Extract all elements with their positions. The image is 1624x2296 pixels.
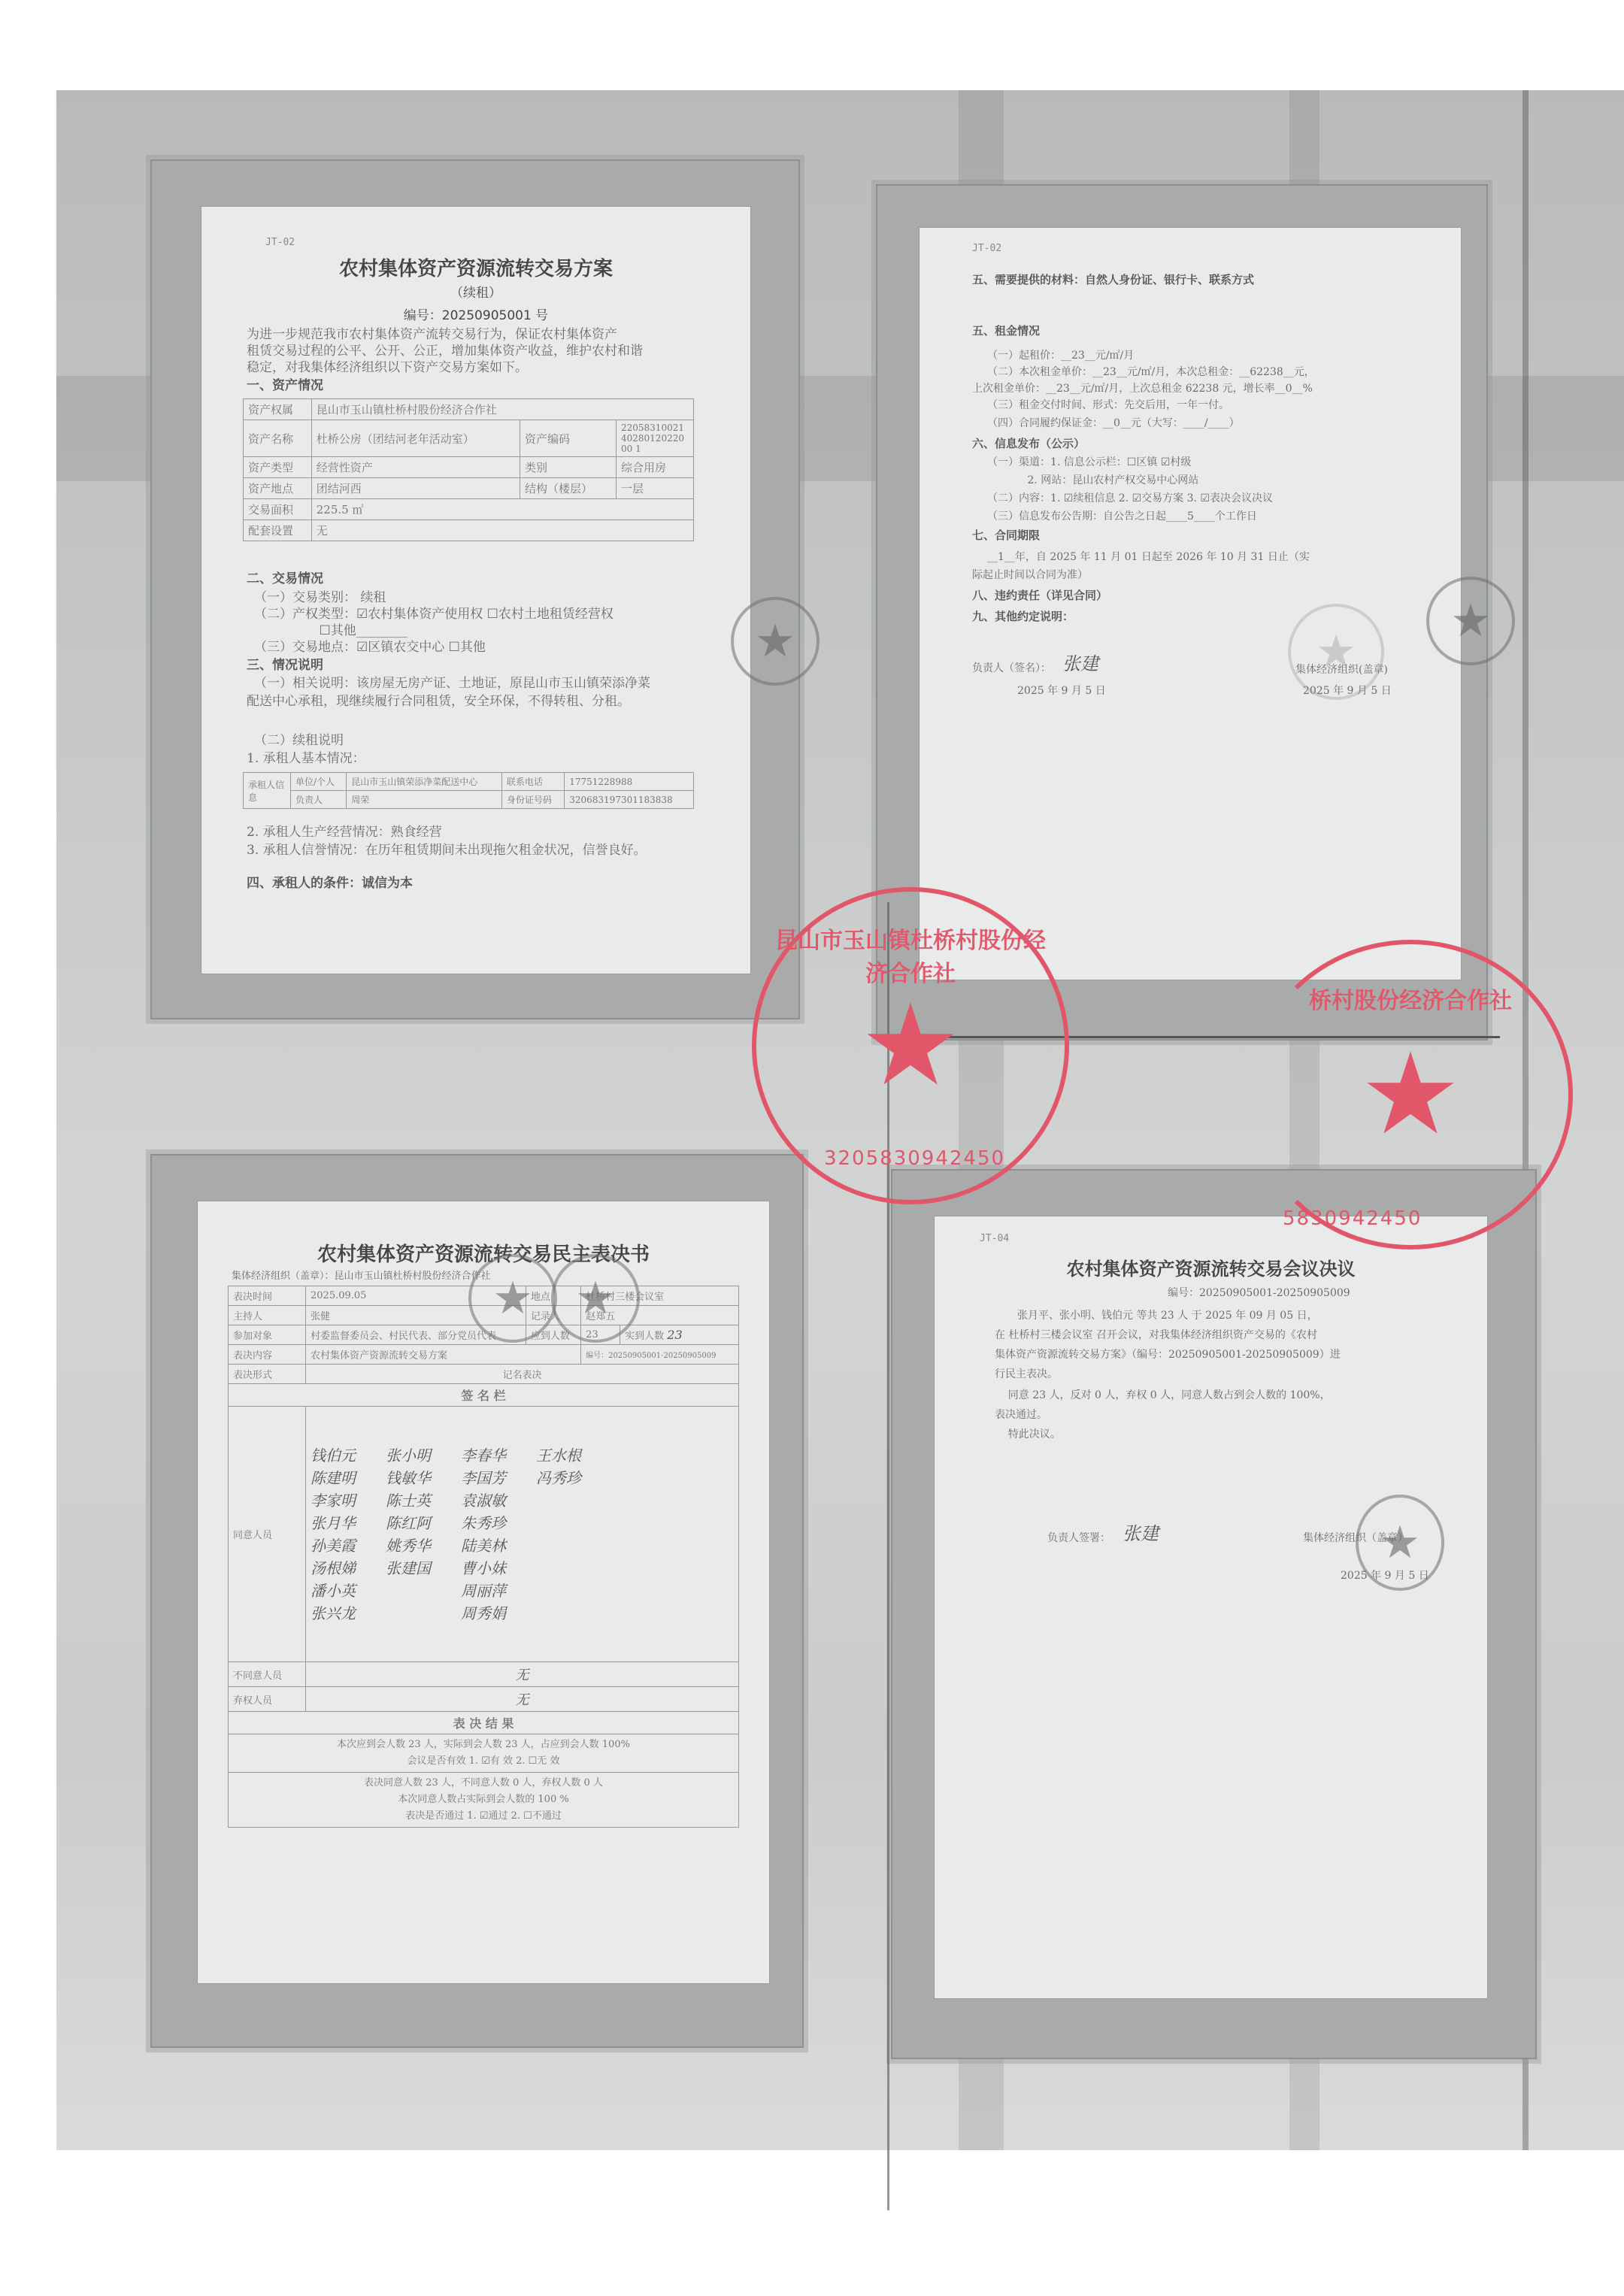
signature-area: 钱伯元陈建明李家明张月华孙美霞汤根娣潘小英张兴龙张小明钱敏华陈士英陈红阿姚秀华张… (306, 1407, 739, 1662)
table-label: 承租人信息 (244, 773, 291, 809)
vote-content: 农村集体资产资源流转交易方案 (306, 1345, 581, 1365)
gray-seal-stamp: ★ (1288, 604, 1384, 700)
rent-line: （三）租金交付时间、形式：先交后用，一年一付。 (987, 399, 1229, 412)
signature: 钱伯元 (311, 1444, 356, 1467)
signature: 钱敏华 (386, 1467, 431, 1489)
seal-code: 3205830942450 (824, 1147, 1005, 1170)
vote-info-table: 表决时间2025.09.05地点杜桥村三楼会议室 主持人张健记录人赵郑五 参加对… (228, 1286, 739, 1828)
signature-header: 签 名 栏 (229, 1384, 739, 1407)
asset-category: 综合用房 (617, 457, 694, 478)
trade-line: ☐其他________ (254, 623, 408, 638)
resolution-line: 行民主表决。 (995, 1368, 1058, 1381)
gray-seal-stamp: ★ (468, 1254, 557, 1343)
subsection-heading: 1. 承租人基本情况： (247, 751, 365, 766)
resolution-line: 表决通过。 (995, 1409, 1047, 1422)
result-outcome: 表决同意人数 23 人，不同意人数 0 人，弃权人数 0 人 本次同意人数占实际… (229, 1773, 739, 1828)
signature: 张小明 (386, 1444, 431, 1467)
table-label: 表决形式 (229, 1365, 306, 1384)
signature: 曹小妹 (461, 1557, 506, 1580)
signature: 李春华 (461, 1444, 506, 1467)
signer-label: 负责人（签名）： (972, 662, 1051, 675)
result-line: 本次应到会人数 23 人，实际到会人数 23 人，占应到会人数 100% (233, 1737, 734, 1753)
table-label: 同意人员 (229, 1407, 306, 1662)
trade-plan-number: 编号：20250905001 号 (201, 304, 750, 323)
table-label: 不同意人员 (229, 1662, 306, 1687)
signature: 王水根 (536, 1444, 581, 1467)
vote-title: 农村集体资产资源流转交易民主表决书 (198, 1239, 769, 1267)
result-line: 表决同意人数 23 人，不同意人数 0 人，弃权人数 0 人 (233, 1775, 734, 1792)
signature: 朱秀珍 (461, 1512, 506, 1534)
gray-seal-stamp: ★ (1356, 1495, 1444, 1591)
intro-line: 租赁交易过程的公平、公开、公正，增加集体资产收益，维护农村和谐 (247, 344, 643, 359)
gray-seal-stamp: ★ (551, 1254, 640, 1343)
signature: 陈建明 (311, 1467, 356, 1489)
resolution-line: 在 杜桥村三楼会议室 召开会议，对我集体经济组织资产交易的《农村 (995, 1329, 1317, 1342)
doc-id: JT-04 (980, 1233, 1009, 1244)
org-line: 集体经济组织（盖章）：昆山市玉山镇杜桥村股份经济合作社 (232, 1271, 491, 1283)
asset-name: 杜桥公房（团结河老年活动室） (311, 420, 520, 457)
trade-line: （一）交易类别： 续租 (254, 590, 386, 605)
vote-content-number: 编号：20250905001-20250905009 (581, 1345, 739, 1365)
rent-line: （四）合同履约保证金：__0__元（大写：____/____） (987, 417, 1240, 430)
gray-seal-stamp-edge: ★ (1426, 577, 1515, 665)
section-heading: 九、其他约定说明： (972, 610, 1074, 623)
table-label: 身份证号码 (501, 791, 564, 809)
signature-column: 王水根冯秀珍 (536, 1444, 581, 1625)
desc-line: （一）相关说明：该房屋无房产证、土地证，原昆山市玉山镇荣添净菜 (254, 676, 650, 691)
materials-required: 五、需要提供的材料：自然人身份证、银行卡、联系方式 (972, 273, 1254, 286)
signature: 李国芳 (461, 1467, 506, 1489)
table-label: 实到人数 (625, 1331, 664, 1342)
asset-type: 经营性资产 (311, 457, 520, 478)
result-line: 本次同意人数占实际到会人数的 100 % (233, 1792, 734, 1808)
signature-column: 李春华李国芳袁淑敏朱秀珍陆美林曹小妹周丽萍周秀娟 (461, 1444, 506, 1625)
signer-label: 负责人签署： (1047, 1532, 1110, 1545)
signature: 汤根娣 (311, 1557, 356, 1580)
result-line: 会议是否有效 1. ☑有 效 2. ☐无 效 (233, 1753, 734, 1770)
disagree-value: 无 (306, 1662, 739, 1687)
intro-line: 稳定，对我集体经济组织以下资产交易方案如下。 (247, 360, 528, 375)
actual-count: 23 (667, 1328, 682, 1342)
intro-line: 为进一步规范我市农村集体资产流转交易行为，保证农村集体资产 (247, 327, 617, 342)
table-label: 单位/个人 (291, 773, 347, 791)
seal-text: 昆山市玉山镇杜桥村股份经济合作社 (771, 922, 1050, 988)
result-line: 表决是否通过 1. ☑通过 2. ☐不通过 (233, 1808, 734, 1825)
signer-signature: 张建 (1123, 1523, 1159, 1545)
result-header: 表 决 结 果 (229, 1712, 739, 1734)
trade-plan-subtitle: （续租） (201, 282, 750, 301)
desc-line: 配送中心承租，现继续履行合同租赁，安全环保，不得转租、分租。 (247, 694, 630, 709)
table-label: 交易面积 (244, 499, 312, 520)
asset-owner: 昆山市玉山镇杜桥村股份经济合作社 (311, 399, 693, 420)
table-label: 结构（楼层） (520, 478, 616, 499)
section-heading: 三、情况说明 (247, 658, 323, 673)
section-heading: 八、违约责任（详见合同） (972, 589, 1107, 602)
table-label: 资产编码 (520, 420, 616, 457)
document-frame-vote: 农村集体资产资源流转交易民主表决书 集体经济组织（盖章）：昆山市玉山镇杜桥村股份… (150, 1154, 804, 2048)
resolution-line: 张月平、张小明、钱伯元 等共 23 人 于 2025 年 09 月 05 日， (1017, 1310, 1318, 1322)
section-heading: 四、承租人的条件：诚信为本 (247, 876, 413, 891)
asset-facility: 无 (311, 520, 693, 541)
signature: 李家明 (311, 1489, 356, 1512)
rent-line: 上次租金单价：__23__元/㎡/月，上次总租金 62238 元，增长率__0_… (972, 383, 1313, 395)
resolution-line: 同意 23 人，反对 0 人，弃权 0 人，同意人数占到会人数的 100%， (995, 1389, 1331, 1402)
rent-line: （一）起租价：__23__元/㎡/月 (987, 350, 1134, 362)
trade-plan-document: JT-02 农村集体资产资源流转交易方案 （续租） 编号：20250905001… (201, 206, 751, 974)
signature: 陈士英 (386, 1489, 431, 1512)
term-line: __1__年，自 2025 年 11 月 01 日起至 2026 年 10 月 … (987, 551, 1310, 564)
signature: 袁淑敏 (461, 1489, 506, 1512)
signature: 冯秀珍 (536, 1467, 581, 1489)
lessee-phone: 17751228988 (565, 773, 694, 791)
signature: 陆美林 (461, 1534, 506, 1557)
subsection-heading: （二）续租说明 (254, 733, 344, 748)
red-seal-stamp-partial: ★ 桥村股份经济合作社 5830942450 (1248, 940, 1573, 1249)
rent-line: （二）本次租金单价：__23__元/㎡/月，本次总租金：__62238__元， (987, 366, 1315, 379)
table-label: 表决内容 (229, 1345, 306, 1365)
signer-signature: 张建 (1062, 653, 1098, 675)
table-label: 表决时间 (229, 1286, 306, 1306)
section-heading: 六、信息发布（公示） (972, 437, 1085, 450)
signature: 张月华 (311, 1512, 356, 1534)
publish-line: 2. 网站：昆山农村产权交易中心网站 (987, 474, 1198, 487)
table-label: 参加对象 (229, 1325, 306, 1345)
seal-code: 5830942450 (1283, 1207, 1422, 1230)
signature: 潘小英 (311, 1580, 356, 1602)
red-seal-stamp: ★ 昆山市玉山镇杜桥村股份经济合作社 3205830942450 (752, 887, 1069, 1204)
signature: 张兴龙 (311, 1602, 356, 1625)
asset-structure: 一层 (617, 478, 694, 499)
lessee-table: 承租人信息单位/个人昆山市玉山镇荣添净菜配送中心联系电话17751228988 … (243, 772, 694, 809)
resolution-line: 集体资产资源流转交易方案》（编号：20250905001-20250905009… (995, 1349, 1341, 1362)
signature-column: 钱伯元陈建明李家明张月华孙美霞汤根娣潘小英张兴龙 (311, 1444, 356, 1625)
trade-plan-title: 农村集体资产资源流转交易方案 (201, 253, 750, 281)
trade-line: （二）产权类型：☑农村集体资产使用权 ☐农村土地租赁经营权 (254, 607, 614, 622)
document-frame-trade-plan: JT-02 农村集体资产资源流转交易方案 （续租） 编号：20250905001… (150, 159, 800, 1019)
doc-id: JT-02 (972, 243, 1001, 254)
table-label: 负责人 (291, 791, 347, 809)
publish-line: （二）内容：1. ☑续租信息 2. ☑交易方案 3. ☑表决会议决议 (987, 492, 1273, 505)
meeting-resolution-document: JT-04 农村集体资产资源流转交易会议决议 编号：20250905001-20… (934, 1216, 1488, 1999)
lessee-head: 周荣 (347, 791, 502, 809)
vote-form: 记名表决 (306, 1365, 739, 1384)
lessee-id-number: 320683197301183838 (565, 791, 694, 809)
publish-line: （三）信息发布公告期：自公告之日起____5____个工作日 (987, 510, 1257, 523)
signature: 孙美霞 (311, 1534, 356, 1557)
table-label: 类别 (520, 457, 616, 478)
section-heading: 一、资产情况 (247, 378, 323, 393)
table-label: 资产名称 (244, 420, 312, 457)
table-label: 配套设置 (244, 520, 312, 541)
asset-table: 资产权属昆山市玉山镇杜桥村股份经济合作社 资产名称杜桥公房（团结河老年活动室）资… (243, 398, 694, 541)
section-heading: 二、交易情况 (247, 571, 323, 586)
signature: 陈红阿 (386, 1512, 431, 1534)
gray-seal-stamp: ★ (731, 597, 820, 686)
section-heading: 五、租金情况 (972, 324, 1040, 338)
result-validity: 本次应到会人数 23 人，实际到会人数 23 人，占应到会人数 100% 会议是… (229, 1734, 739, 1773)
table-label: 资产地点 (244, 478, 312, 499)
seal-text: 桥村股份经济合作社 (1283, 982, 1538, 1015)
resolution-number: 编号：20250905001-20250905009 (1168, 1287, 1350, 1300)
vote-document: 农村集体资产资源流转交易民主表决书 集体经济组织（盖章）：昆山市玉山镇杜桥村股份… (197, 1201, 770, 1984)
doc-id: JT-02 (265, 237, 295, 248)
lessee-unit: 昆山市玉山镇荣添净菜配送中心 (347, 773, 502, 791)
signature-column: 张小明钱敏华陈士英陈红阿姚秀华张建国 (386, 1444, 431, 1625)
lessee-credit: 3. 承租人信誉情况：在历年租赁期间未出现拖欠租金状况，信誉良好。 (247, 843, 647, 858)
signer-date: 2025 年 9 月 5 日 (1017, 685, 1106, 698)
trade-line: （三）交易地点：☑区镇农交中心 ☐其他 (254, 640, 486, 655)
resolution-title: 农村集体资产资源流转交易会议决议 (935, 1254, 1487, 1280)
abstain-value: 无 (306, 1687, 739, 1712)
signature: 张建国 (386, 1557, 431, 1580)
table-label: 资产类型 (244, 457, 312, 478)
resolution-line: 特此决议。 (995, 1428, 1061, 1441)
lessee-business: 2. 承租人生产经营情况：熟食经营 (247, 825, 442, 840)
signature: 周丽萍 (461, 1580, 506, 1602)
signature: 姚秀华 (386, 1534, 431, 1557)
table-label: 主持人 (229, 1306, 306, 1325)
trade-plan-continued-document: JT-02 五、需要提供的材料：自然人身份证、银行卡、联系方式 五、租金情况 （… (919, 227, 1462, 980)
asset-code: 220583100214028012022000 1 (617, 420, 694, 457)
table-label: 资产权属 (244, 399, 312, 420)
table-label: 联系电话 (501, 773, 564, 791)
term-line: 际起止时间以合同为准） (972, 569, 1088, 582)
asset-area: 225.5 ㎡ (311, 499, 693, 520)
section-heading: 七、合同期限 (972, 529, 1040, 542)
table-label: 弃权人员 (229, 1687, 306, 1712)
publish-line: （一）渠道：1. 信息公示栏：☐区镇 ☑村级 (987, 456, 1191, 469)
document-frame-meeting-resolution: JT-04 农村集体资产资源流转交易会议决议 编号：20250905001-20… (891, 1169, 1537, 2059)
asset-location: 团结河西 (311, 478, 520, 499)
signature: 周秀娟 (461, 1602, 506, 1625)
